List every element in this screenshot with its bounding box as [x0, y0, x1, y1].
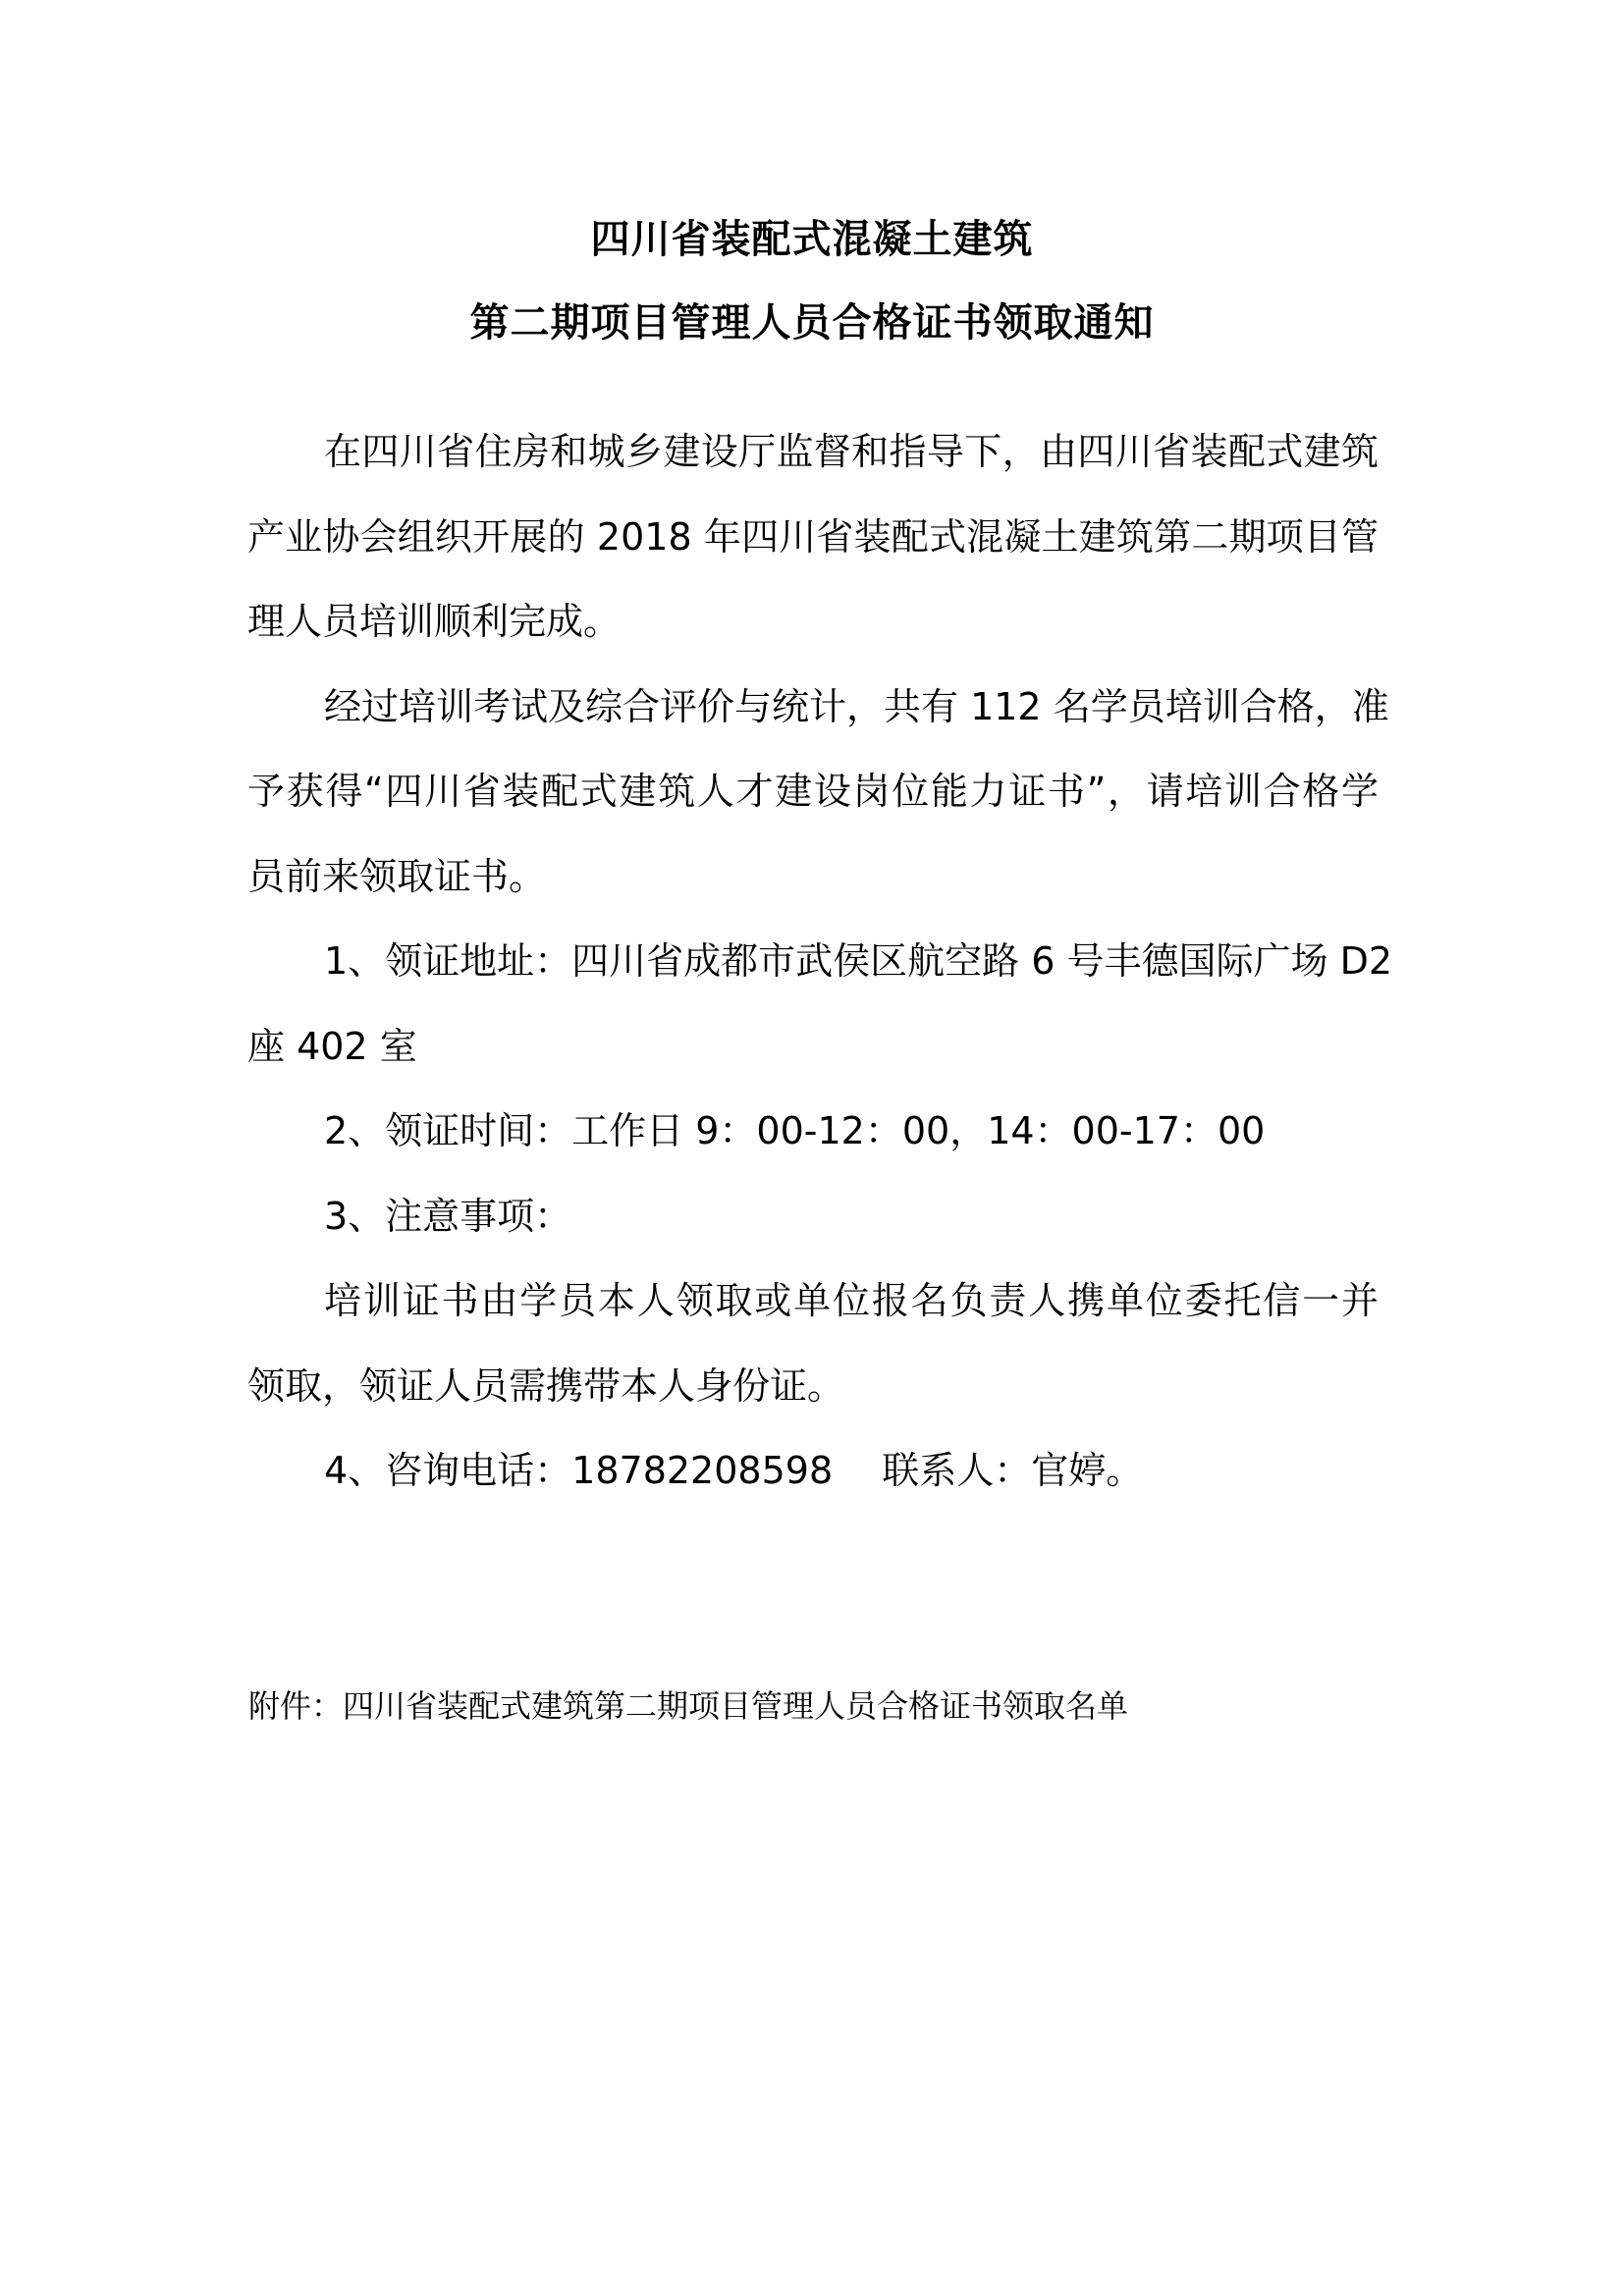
- paragraph-line: 2、领证时间：工作日 9：00-12：00，14：00-17：00: [247, 1089, 1379, 1174]
- item-contact: 4、咨询电话：18782208598 联系人：官婷。: [247, 1428, 1379, 1514]
- item-notes-detail: 培训证书由学员本人领取或单位报名负责人携单位委托信一并 领取，领证人员需携带本人…: [247, 1258, 1379, 1428]
- item-notes: 3、注意事项：: [247, 1174, 1379, 1259]
- paragraph-line: 在四川省住房和城乡建设厅监督和指导下，由四川省装配式建筑: [247, 409, 1379, 495]
- paragraph-line: 领取，领证人员需携带本人身份证。: [247, 1344, 1379, 1429]
- document-title-line-2: 第二期项目管理人员合格证书领取通知: [0, 299, 1624, 347]
- paragraph-intro: 在四川省住房和城乡建设厅监督和指导下，由四川省装配式建筑 产业协会组织开展的 2…: [247, 409, 1379, 665]
- item-address: 1、领证地址：四川省成都市武侯区航空路 6 号丰德国际广场 D2 座 402 室: [247, 919, 1379, 1089]
- paragraph-line: 培训证书由学员本人领取或单位报名负责人携单位委托信一并: [247, 1258, 1379, 1344]
- paragraph-line: 员前来领取证书。: [247, 834, 1379, 920]
- attachment-note: 附件：四川省装配式建筑第二期项目管理人员合格证书领取名单: [248, 1684, 1128, 1728]
- paragraph-line: 1、领证地址：四川省成都市武侯区航空路 6 号丰德国际广场 D2: [247, 919, 1379, 1004]
- document-page: 四川省装配式混凝土建筑 第二期项目管理人员合格证书领取通知 在四川省住房和城乡建…: [0, 0, 1624, 2296]
- paragraph-line: 予获得“四川省装配式建筑人才建设岗位能力证书”，请培训合格学: [247, 749, 1379, 834]
- item-time: 2、领证时间：工作日 9：00-12：00，14：00-17：00: [247, 1089, 1379, 1174]
- paragraph-line: 3、注意事项：: [247, 1174, 1379, 1259]
- paragraph-line: 产业协会组织开展的 2018 年四川省装配式混凝土建筑第二期项目管: [247, 495, 1379, 580]
- paragraph-line: 理人员培训顺利完成。: [247, 579, 1379, 665]
- paragraph-result: 经过培训考试及综合评价与统计，共有 112 名学员培训合格，准 予获得“四川省装…: [247, 665, 1379, 920]
- paragraph-line: 经过培训考试及综合评价与统计，共有 112 名学员培训合格，准: [247, 665, 1379, 750]
- paragraph-line: 座 402 室: [247, 1004, 1379, 1090]
- document-title-line-1: 四川省装配式混凝土建筑: [0, 216, 1624, 263]
- document-body: 在四川省住房和城乡建设厅监督和指导下，由四川省装配式建筑 产业协会组织开展的 2…: [247, 409, 1379, 1514]
- paragraph-line: 4、咨询电话：18782208598 联系人：官婷。: [247, 1428, 1379, 1514]
